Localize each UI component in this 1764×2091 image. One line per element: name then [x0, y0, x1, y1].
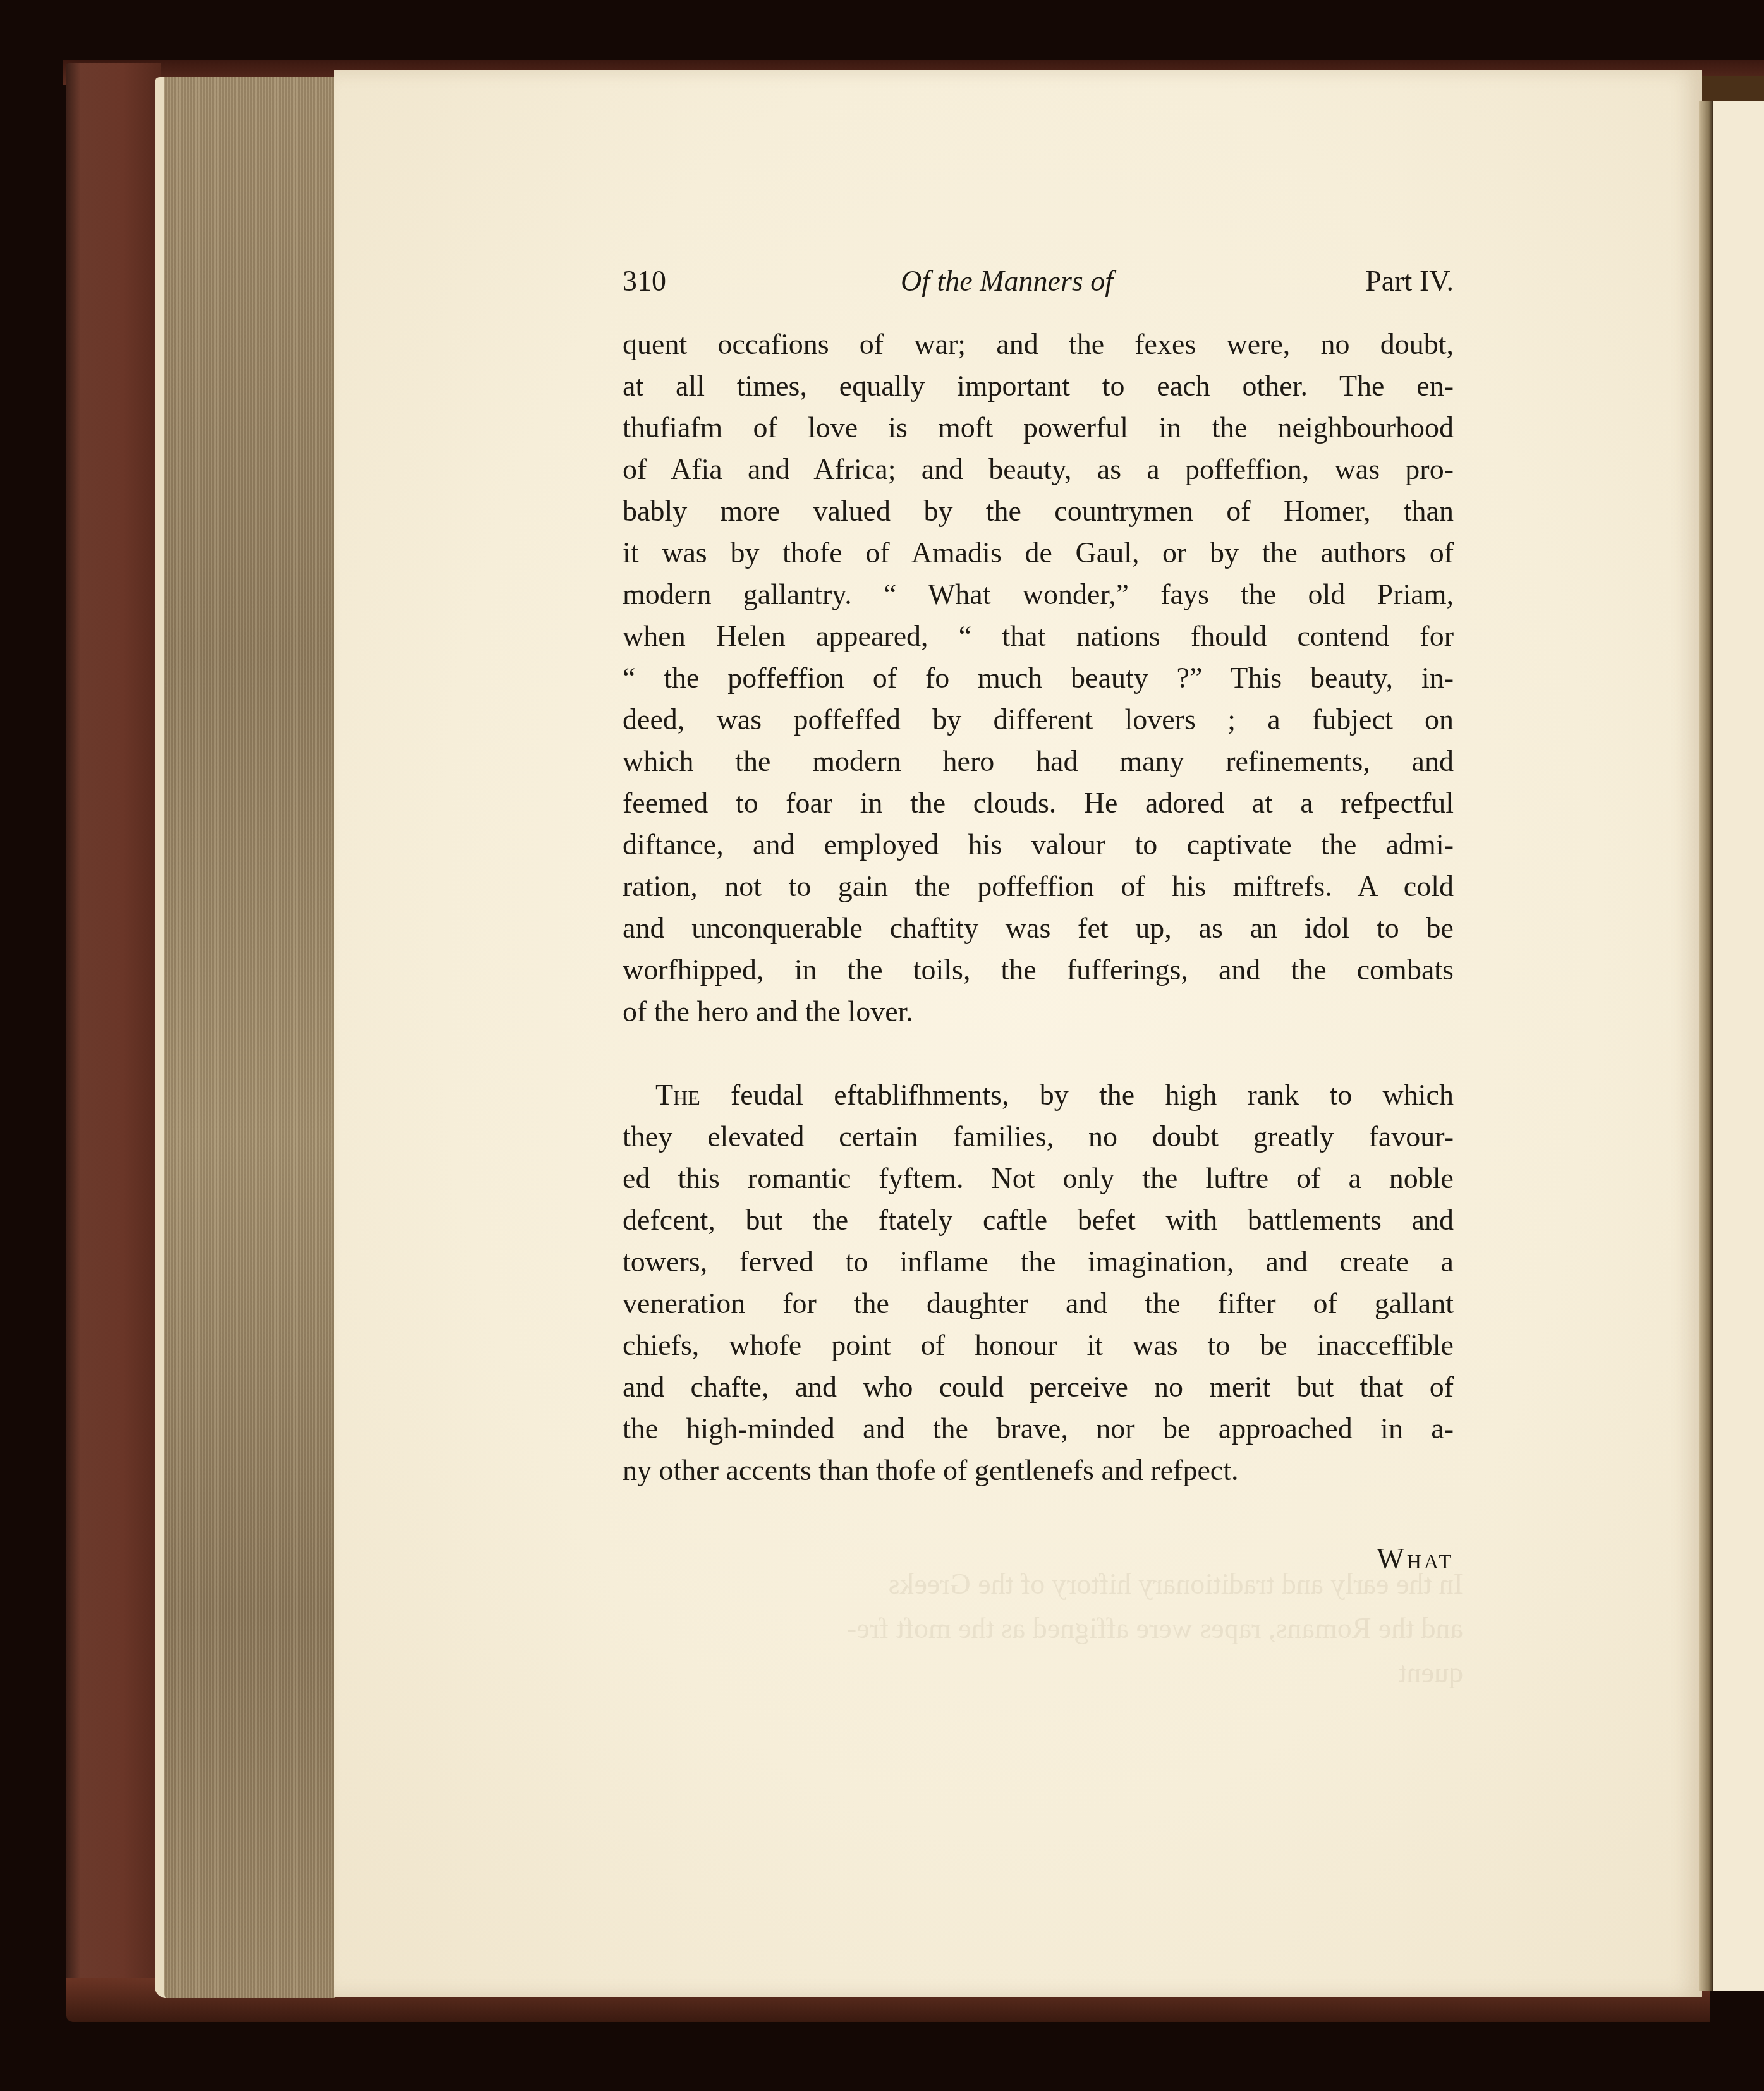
text-line: at all times, equally important to each … [623, 365, 1454, 407]
text-line: and unconquerable chaftity was fet up, a… [623, 907, 1454, 949]
text-line: towers, ferved to inflame the imaginatio… [623, 1241, 1454, 1283]
text-line: diftance, and employed his valour to cap… [623, 824, 1454, 866]
text-line: worfhipped, in the toils, the fufferings… [623, 949, 1454, 991]
text-line: thufiafm of love is moft powerful in the… [623, 407, 1454, 449]
text-line-rest: feudal eftablifhments, by the high rank … [700, 1079, 1454, 1111]
text-line: “ the poffeffion of fo much beauty ?” Th… [623, 657, 1454, 699]
text-line: when Helen appeared, “ that nations fhou… [623, 615, 1454, 657]
text-line: feemed to foar in the clouds. He adored … [623, 782, 1454, 824]
body-text: quent occafions of war; and the fexes we… [623, 324, 1454, 1491]
running-title: Of the Manners of [901, 264, 1113, 298]
text-line: chiefs, whofe point of honour it was to … [623, 1324, 1454, 1366]
text-line: ed this romantic fyftem. Not only the lu… [623, 1158, 1454, 1199]
part-label: Part IV. [1365, 264, 1454, 298]
text-line: they elevated certain families, no doubt… [623, 1116, 1454, 1158]
book-gutter [1699, 101, 1713, 1991]
text-line: and chafte, and who could perceive no me… [623, 1366, 1454, 1408]
paragraph-1: quent occafions of war; and the fexes we… [623, 324, 1454, 1033]
text-line: ration, not to gain the poffeffion of hi… [623, 866, 1454, 907]
page-number: 310 [623, 264, 666, 298]
opening-small-caps: The [655, 1079, 700, 1111]
text-line: defcent, but the ftately caftle befet wi… [623, 1199, 1454, 1241]
text-line: ny other accents than thofe of gentlenef… [623, 1450, 1454, 1491]
running-head: 310 Of the Manners of Part IV. [623, 264, 1454, 308]
page-block-fore-edge [155, 77, 335, 1998]
catchword: What [1377, 1542, 1454, 1575]
facing-page-sliver [1713, 101, 1764, 1991]
text-line: which the modern hero had many refinemen… [623, 741, 1454, 782]
text-line: it was by thofe of Amadis de Gaul, or by… [623, 532, 1454, 574]
text-line-opening: The feudal eftablifhments, by the high r… [623, 1074, 1454, 1116]
text-line: the high-minded and the brave, nor be ap… [623, 1408, 1454, 1450]
text-line: veneration for the daughter and the fift… [623, 1283, 1454, 1324]
text-line: bably more valued by the countrymen of H… [623, 490, 1454, 532]
text-line: of Afia and Africa; and beauty, as a pof… [623, 449, 1454, 490]
text-line: of the hero and the lover. [623, 991, 1454, 1033]
book-binding-leather [66, 63, 161, 2016]
text-line: deed, was poffeffed by different lovers … [623, 699, 1454, 741]
paragraph-gap [623, 1033, 1454, 1074]
paragraph-2: The feudal eftablifhments, by the high r… [623, 1074, 1454, 1491]
text-line: quent occafions of war; and the fexes we… [623, 324, 1454, 365]
text-line: modern gallantry. “ What wonder,” fays t… [623, 574, 1454, 615]
